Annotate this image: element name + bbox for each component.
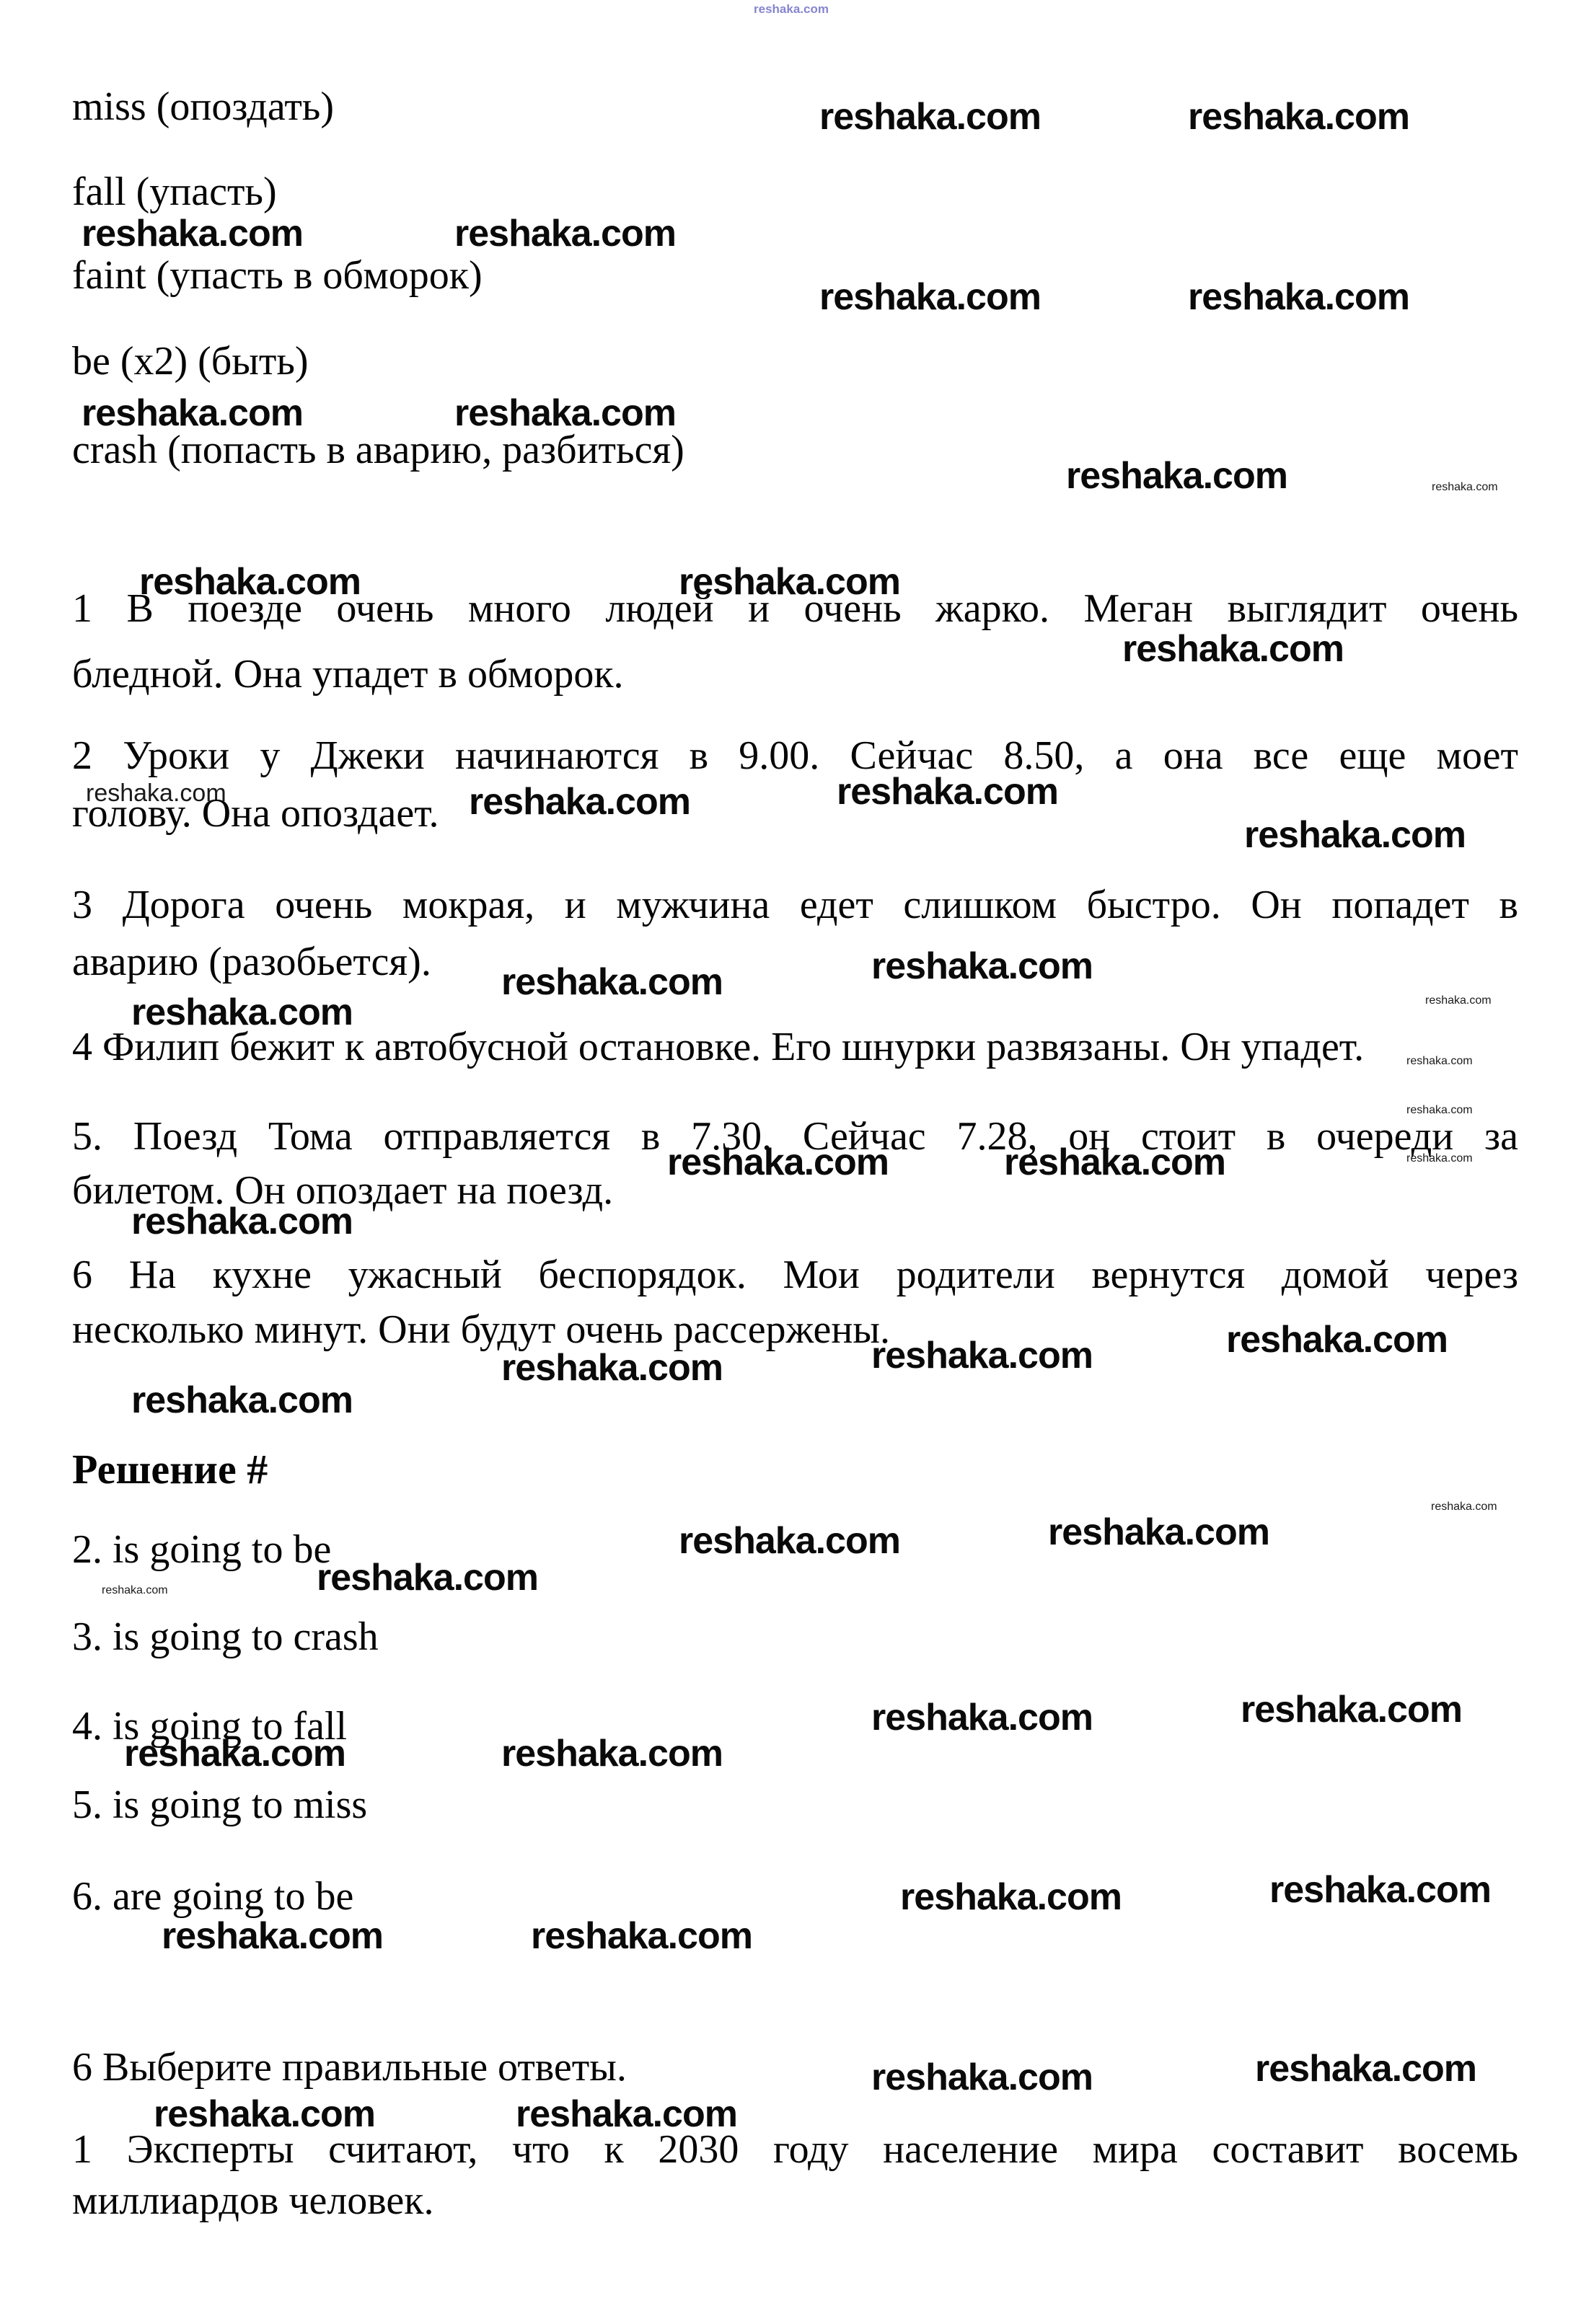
exercise6-sentence-line-2: миллиардов человек. (72, 2175, 433, 2226)
solution-heading: Решение # (72, 1444, 268, 1495)
sentence-4-line-1: 4 Филип бежит к автобусной остановке. Ег… (72, 1022, 1364, 1072)
answer-2: 2. is going to be (72, 1524, 331, 1575)
watermark: reshaka.com (871, 1336, 1093, 1376)
sentence-2-line-2: голову. Она опоздает. (72, 788, 439, 839)
watermark: reshaka.com (1431, 1501, 1497, 1514)
watermark: reshaka.com (1122, 629, 1344, 669)
site-watermark: reshaka.com (754, 3, 829, 16)
watermark: reshaka.com (317, 1558, 538, 1598)
watermark: reshaka.com (82, 394, 303, 433)
vocab-item-be: be (x2) (быть) (72, 336, 309, 386)
exercise6-heading: 6 Выберите правильные ответы. (72, 2042, 627, 2093)
watermark: reshaka.com (1048, 1513, 1269, 1552)
exercise6-sentence-line-1: 1 Эксперты считают, что к 2030 году насе… (72, 2124, 1518, 2175)
sentence-2-line-1: 2 Уроки у Джеки начинаются в 9.00. Сейча… (72, 730, 1518, 781)
answer-6: 6. are going to be (72, 1871, 353, 1922)
watermark: reshaka.com (1406, 1056, 1473, 1068)
watermark: reshaka.com (819, 278, 1041, 317)
watermark: reshaka.com (871, 2058, 1093, 2098)
answer-5: 5. is going to miss (72, 1780, 367, 1830)
watermark: reshaka.com (1066, 456, 1287, 496)
watermark: reshaka.com (1244, 816, 1466, 855)
watermark: reshaka.com (1425, 995, 1492, 1007)
watermark: reshaka.com (1269, 1870, 1491, 1910)
watermark: reshaka.com (1004, 1143, 1225, 1183)
watermark: reshaka.com (469, 782, 690, 822)
watermark: reshaka.com (1432, 482, 1498, 494)
sentence-6-line-2: несколько минут. Они будут очень рассерж… (72, 1304, 890, 1355)
document-page: reshaka.com miss (опоздать) fall (упасть… (0, 0, 1581, 2324)
watermark: reshaka.com (1226, 1320, 1448, 1360)
sentence-6-line-1: 6 На кухне ужасный беспорядок. Мои родит… (72, 1250, 1518, 1300)
watermark: reshaka.com (871, 1698, 1093, 1738)
watermark: reshaka.com (454, 214, 676, 254)
watermark: reshaka.com (837, 772, 1058, 812)
sentence-3-line-1: 3 Дорога очень мокрая, и мужчина едет сл… (72, 880, 1518, 930)
watermark: reshaka.com (819, 97, 1041, 137)
watermark: reshaka.com (871, 947, 1093, 986)
vocab-item-fall: fall (упасть) (72, 167, 277, 217)
vocab-item-faint: faint (упасть в обморок) (72, 250, 483, 301)
watermark: reshaka.com (667, 1143, 889, 1183)
watermark: reshaka.com (679, 1521, 900, 1561)
watermark: reshaka.com (131, 1202, 353, 1242)
sentence-3-line-2: аварию (разобьется). (72, 937, 431, 987)
watermark: reshaka.com (1241, 1690, 1462, 1730)
answer-3: 3. is going to crash (72, 1612, 379, 1662)
watermark: reshaka.com (501, 1734, 723, 1774)
watermark: reshaka.com (531, 1917, 752, 1956)
watermark: reshaka.com (82, 214, 303, 254)
watermark: reshaka.com (131, 1381, 353, 1421)
watermark: reshaka.com (102, 1585, 168, 1597)
watermark: reshaka.com (501, 1348, 723, 1388)
sentence-1-line-2: бледной. Она упадет в обморок. (72, 649, 624, 699)
watermark: reshaka.com (1255, 2049, 1476, 2089)
watermark: reshaka.com (1188, 278, 1409, 317)
watermark: reshaka.com (900, 1878, 1122, 1917)
watermark: reshaka.com (501, 963, 723, 1002)
watermark: reshaka.com (1188, 97, 1409, 137)
watermark: reshaka.com (124, 1734, 345, 1774)
watermark: reshaka.com (162, 1917, 383, 1956)
vocab-item-miss: miss (опоздать) (72, 81, 334, 132)
watermark: reshaka.com (1406, 1153, 1473, 1165)
watermark: reshaka.com (454, 394, 676, 433)
sentence-1-line-1: 1 В поезде очень много людей и очень жар… (72, 583, 1518, 634)
